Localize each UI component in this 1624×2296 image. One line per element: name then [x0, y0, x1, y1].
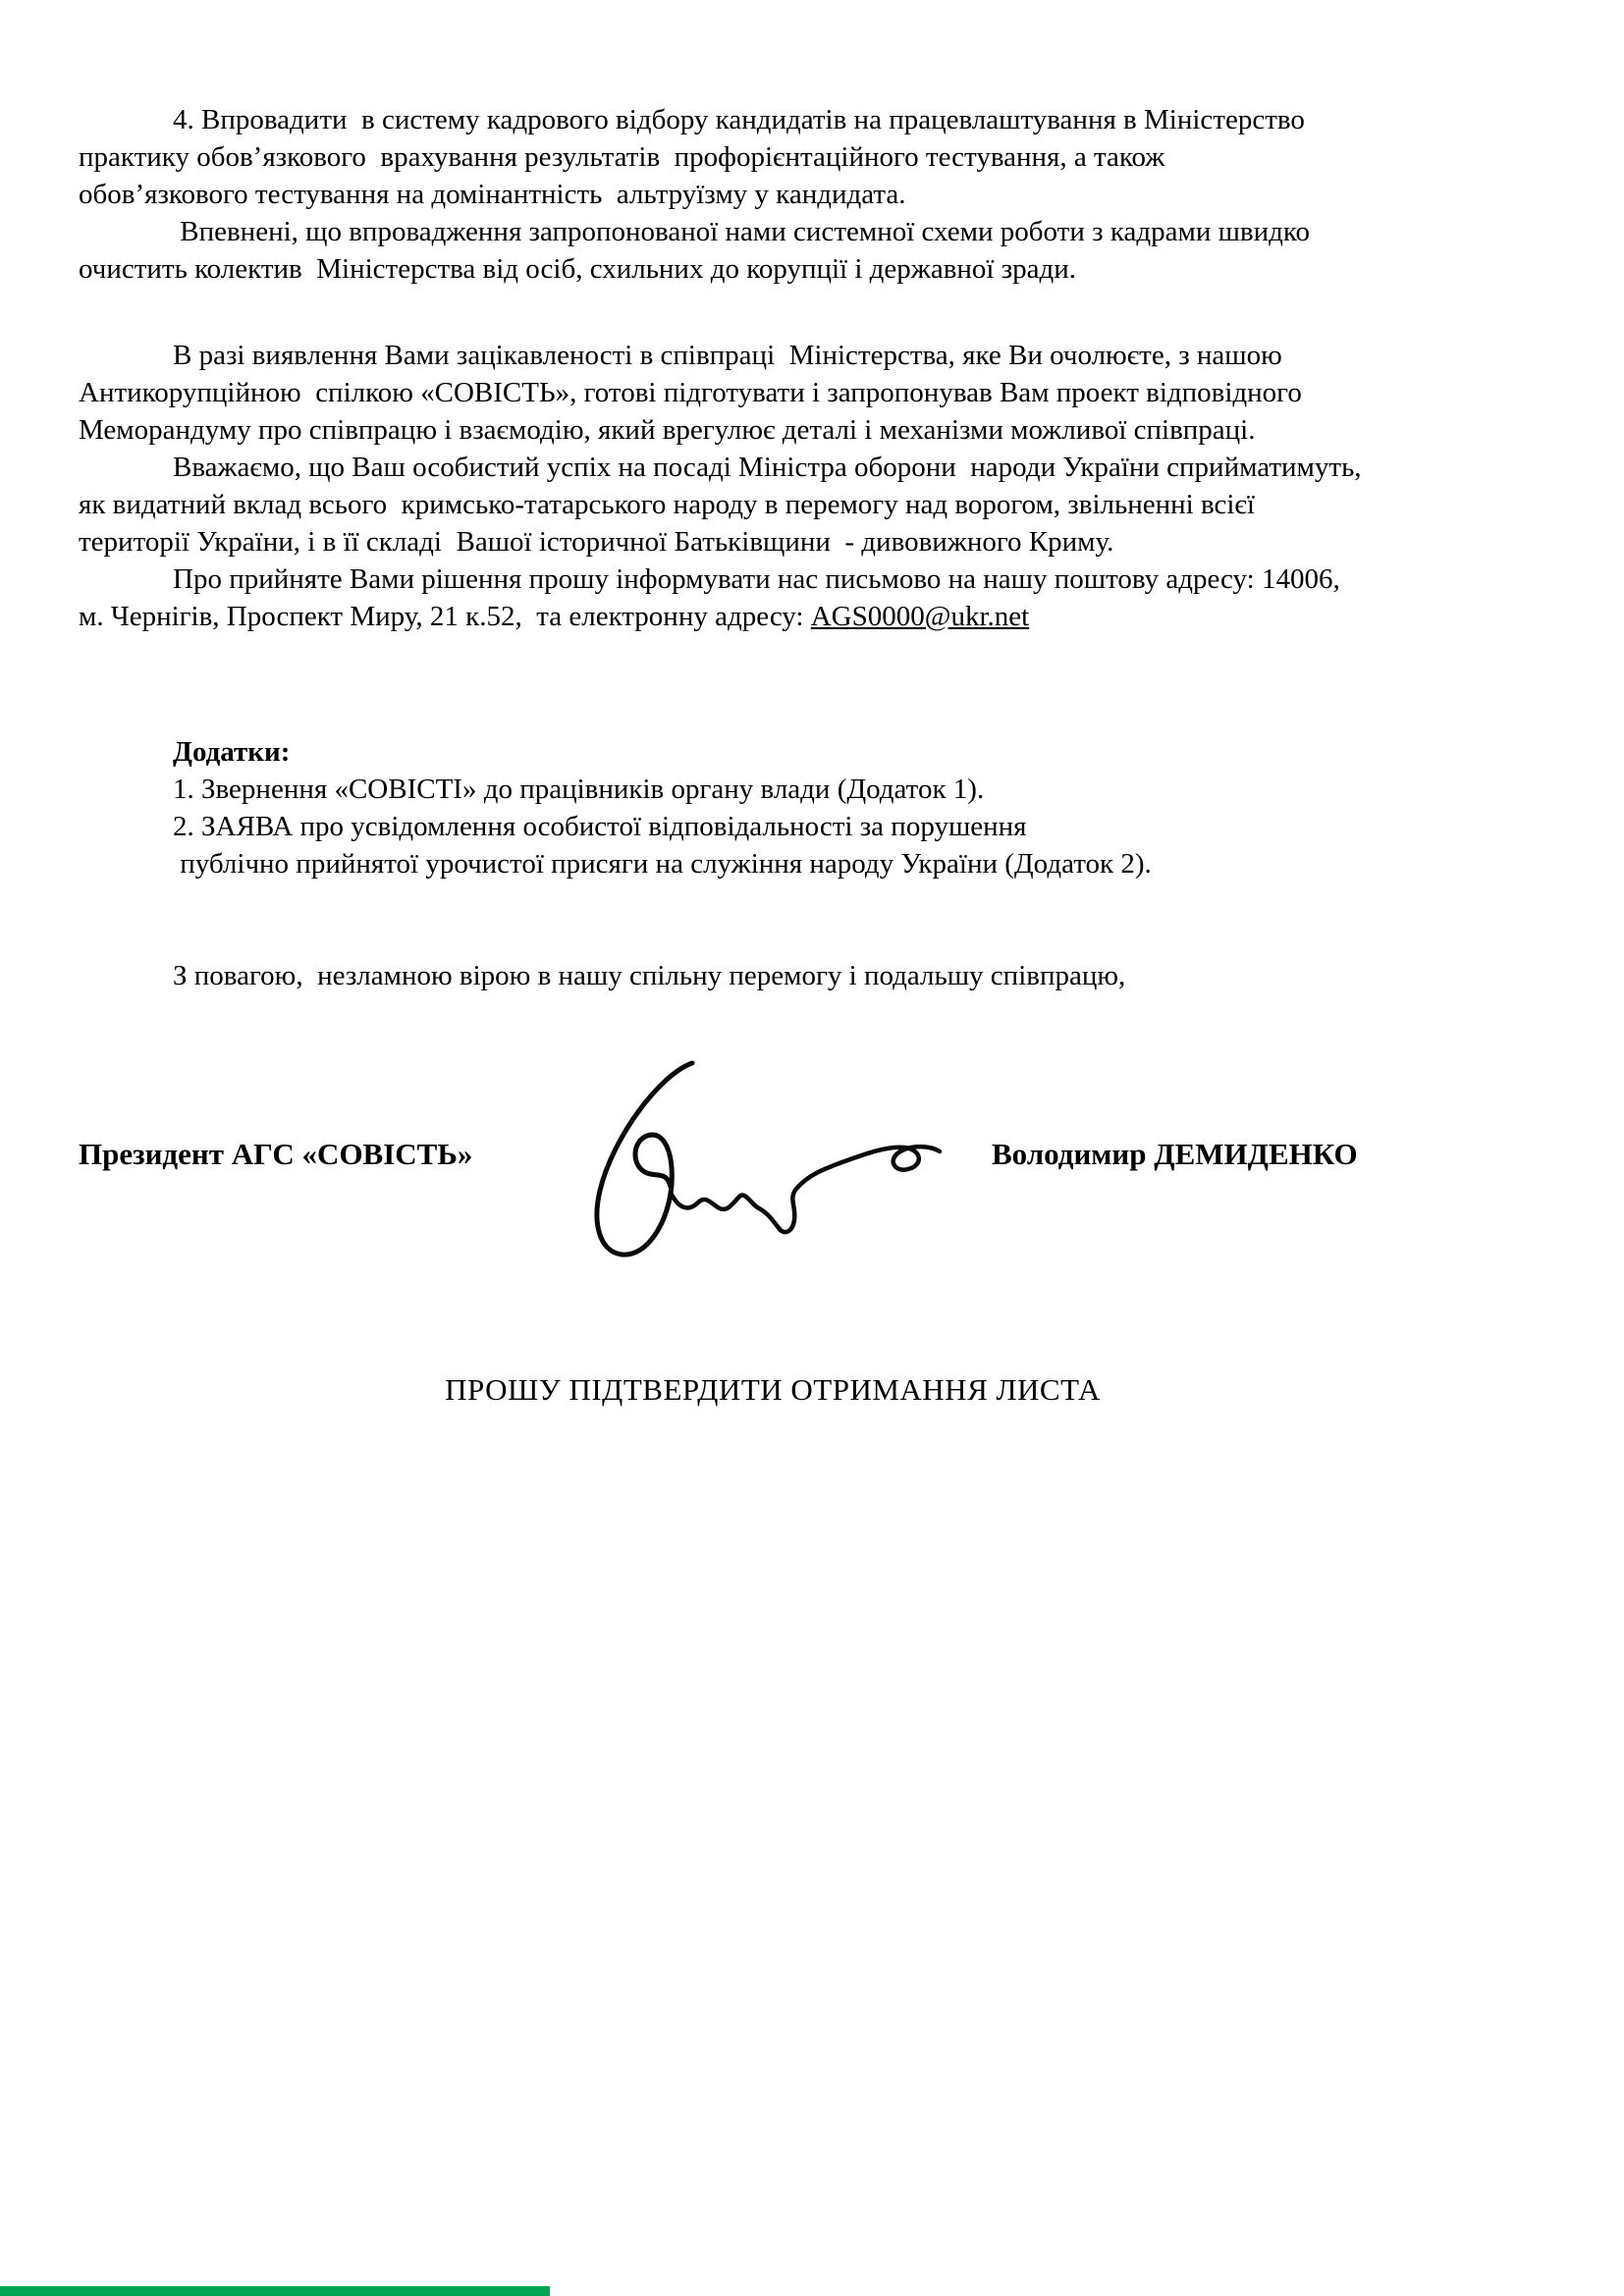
handwritten-signature-icon: [574, 1055, 947, 1263]
attachments-heading: Додатки:: [173, 733, 1467, 771]
text-line: Про прийняте Вами рішення прошу інформув…: [79, 561, 1467, 598]
paragraph-2: Впевнені, що впровадження запропонованої…: [79, 213, 1467, 288]
attachment-item: 2. ЗАЯВА про усвідомлення особистої відп…: [173, 808, 1467, 845]
signatory-name: Володимир ДЕМИДЕНКО: [992, 1136, 1358, 1173]
attachments-section: Додатки: 1. Звернення «СОВІСТІ» до праці…: [173, 733, 1467, 882]
letter-page: 4. Впровадити в систему кадрового відбор…: [0, 0, 1624, 2296]
text-line: 4. Впровадити в систему кадрового відбор…: [79, 101, 1467, 138]
text-line: м. Чернігів, Проспект Миру, 21 к.52, та …: [79, 598, 1467, 635]
attachment-item: публічно прийнятої урочистої присяги на …: [173, 845, 1467, 882]
closing-line: З повагою, незламною вірою в нашу спільн…: [79, 957, 1467, 994]
paragraph-3: В разі виявлення Вами зацікавленості в с…: [79, 337, 1467, 449]
text-line: як видатний вклад всього кримсько-татарс…: [79, 486, 1467, 523]
paragraph-4: Вважаємо, що Ваш особистий успіх на поса…: [79, 449, 1467, 561]
text-line: практику обов’язкового врахування резуль…: [79, 138, 1467, 176]
bottom-green-bar: [0, 2286, 550, 2296]
text-line: Впевнені, що впровадження запропонованої…: [79, 213, 1467, 250]
email-link[interactable]: AGS0000@ukr.net: [811, 601, 1029, 632]
paragraph-5: Про прийняте Вами рішення прошу інформув…: [79, 561, 1467, 635]
text-line: обов’язкового тестування на домінантніст…: [79, 176, 1467, 213]
signatory-title: Президент АГС «СОВІСТЬ»: [79, 1136, 472, 1173]
attachment-item: 1. Звернення «СОВІСТІ» до працівників ор…: [173, 771, 1467, 808]
text-line: очистить колектив Міністерства від осіб,…: [79, 250, 1467, 288]
text-line: В разі виявлення Вами зацікавленості в с…: [79, 337, 1467, 374]
text-line: Антикорупційною спілкою «СОВІСТЬ», готов…: [79, 374, 1467, 411]
address-text: м. Чернігів, Проспект Миру, 21 к.52, та …: [79, 601, 811, 632]
text-line: Меморандуму про співпрацю і взаємодію, я…: [79, 411, 1467, 449]
text-line: території України, і в її складі Вашої і…: [79, 523, 1467, 561]
text-line: Вважаємо, що Ваш особистий успіх на поса…: [79, 449, 1467, 486]
confirm-receipt-line: ПРОШУ ПІДТВЕРДИТИ ОТРИМАННЯ ЛИСТА: [79, 1371, 1467, 1409]
paragraph-1: 4. Впровадити в систему кадрового відбор…: [79, 101, 1467, 213]
signature-block: Президент АГС «СОВІСТЬ» Володимир ДЕМИДЕ…: [79, 1122, 1467, 1193]
